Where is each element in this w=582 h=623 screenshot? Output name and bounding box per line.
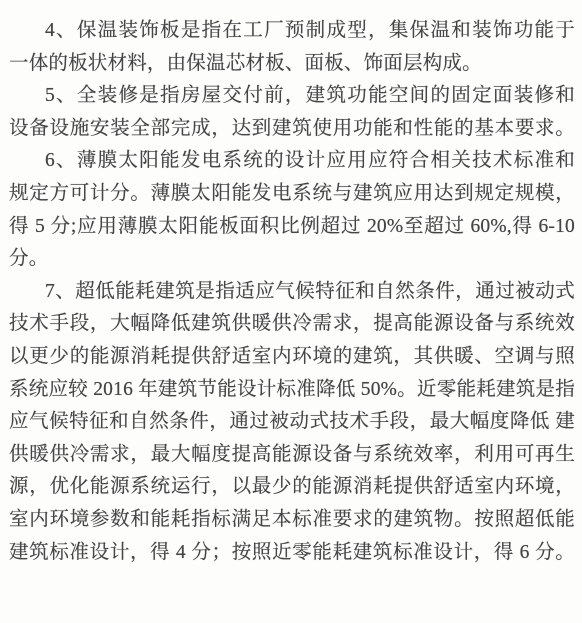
paragraph-4: 4、保温装饰板是指在工厂预制成型，集保温和装饰功能于一体的板状材料，由保温芯材板… — [9, 15, 575, 80]
text-line: 分。 — [9, 243, 575, 276]
text-line: 建筑标准设计，得 4 分；按照近零能耗建筑标准设计，得 6 分。 — [9, 537, 575, 570]
paragraph-6: 6、薄膜太阳能发电系统的设计应用应符合相关技术标准和规定方可计分。薄膜太阳能发电… — [9, 145, 575, 275]
text-line: 得 5 分;应用薄膜太阳能板面积比例超过 20%至超过 60%,得 6-10 — [9, 211, 575, 244]
paragraph-5: 5、全装修是指房屋交付前，建筑功能空间的固定面装修和设备设施安装全部完成，达到建… — [9, 80, 575, 145]
paragraph-7: 7、超低能耗建筑是指适应气候特征和自然条件，通过被动式技术手段，大幅降低建筑供暖… — [9, 276, 575, 569]
text-line: 应气候特征和自然条件，通过被动式技术手段，最大幅度降低 建筑 — [9, 406, 575, 439]
document-page: 4、保温装饰板是指在工厂预制成型，集保温和装饰功能于一体的板状材料，由保温芯材板… — [0, 0, 582, 623]
text-line: 一体的板状材料，由保温芯材板、面板、饰面层构成。 — [9, 48, 575, 81]
text-line: 技术手段，大幅降低建筑供暖供冷需求，提高能源设备与系统效率， — [9, 308, 575, 341]
text-line: 4、保温装饰板是指在工厂预制成型，集保温和装饰功能于 — [9, 15, 575, 48]
text-line: 规定方可计分。薄膜太阳能发电系统与建筑应用达到规定规模， — [9, 178, 575, 211]
text-line: 7、超低能耗建筑是指适应气候特征和自然条件，通过被动式 — [9, 276, 575, 309]
text-line: 设备设施安装全部完成，达到建筑使用功能和性能的基本要求。 — [9, 113, 575, 146]
text-line: 源，优化能源系统运行，以最少的能源消耗提供舒适室内环境，且 — [9, 471, 575, 504]
text-line: 5、全装修是指房屋交付前，建筑功能空间的固定面装修和 — [9, 80, 575, 113]
text-line: 6、薄膜太阳能发电系统的设计应用应符合相关技术标准和 — [9, 145, 575, 178]
text-line: 供暖供冷需求，最大幅度提高能源设备与系统效率，利用可再生 能 — [9, 439, 575, 472]
text-line: 系统应较 2016 年建筑节能设计标准降低 50%。近零能耗建筑是指适 — [9, 374, 575, 407]
document-text: 4、保温装饰板是指在工厂预制成型，集保温和装饰功能于一体的板状材料，由保温芯材板… — [9, 15, 575, 569]
text-line: 以更少的能源消耗提供舒适室内环境的建筑，其供暖、空调与照明 — [9, 341, 575, 374]
text-line: 室内环境参数和能耗指标满足本标准要求的建筑物。按照超低能耗 — [9, 504, 575, 537]
